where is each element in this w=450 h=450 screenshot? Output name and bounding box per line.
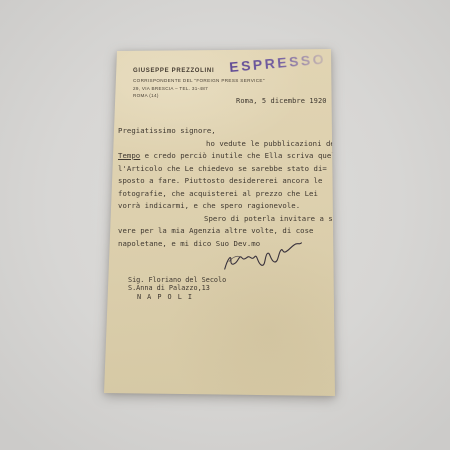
date-line: Roma, 5 dicembre 1920 <box>236 97 327 105</box>
body-line: Tempo e credo perciò inutile che Ella sc… <box>118 150 351 163</box>
letterhead-street: 29, VIA BRESCIA – TEL. 31-487 <box>133 86 208 91</box>
body-line: sposto a fare. Piuttosto desidererei anc… <box>118 175 351 188</box>
body-line: vorrà indicarmi, e che spero ragionevole… <box>118 200 351 213</box>
letterhead-name: GIUSEPPE PREZZOLINI <box>133 68 214 74</box>
body-line-text: e credo perciò inutile che Ella scriva q… <box>140 151 340 160</box>
recipient-name: Sig. Floriano del Secolo <box>128 276 226 284</box>
paper-shadow: GIUSEPPE PREZZOLINI CORRISPONDENTE DEL "… <box>0 0 450 450</box>
photo-background: GIUSEPPE PREZZOLINI CORRISPONDENTE DEL "… <box>0 0 450 450</box>
letterhead-role: CORRISPONDENTE DEL "FOREIGN PRESS SERVIC… <box>133 78 265 83</box>
body-line: Spero di poterla invitare a scri= <box>118 213 351 226</box>
body-line: fotografie, che acquisterei al prezzo ch… <box>118 188 351 201</box>
recipient-block: Sig. Floriano del Secolo S.Anna di Palaz… <box>128 276 226 301</box>
body-line: vere per la mia Agenzia altre volte, di … <box>118 225 351 238</box>
letter-paper: GIUSEPPE PREZZOLINI CORRISPONDENTE DEL "… <box>100 46 340 402</box>
letter-body: Pregiatissimo signore, ho vedute le pubb… <box>118 125 351 250</box>
letterhead-city: ROMA (14) <box>133 93 159 98</box>
body-line: l'Articolo che Le chiedevo se sarebbe st… <box>118 163 351 176</box>
underlined-word: Tempo <box>118 151 140 160</box>
body-line: ho vedute le pubblicazioni del <box>118 138 351 151</box>
espresso-stamp: ESPRESSO <box>229 51 327 75</box>
salutation: Pregiatissimo signore, <box>118 125 351 138</box>
recipient-street: S.Anna di Palazzo,13 <box>128 284 226 292</box>
recipient-city: N A P O L I <box>128 293 226 301</box>
